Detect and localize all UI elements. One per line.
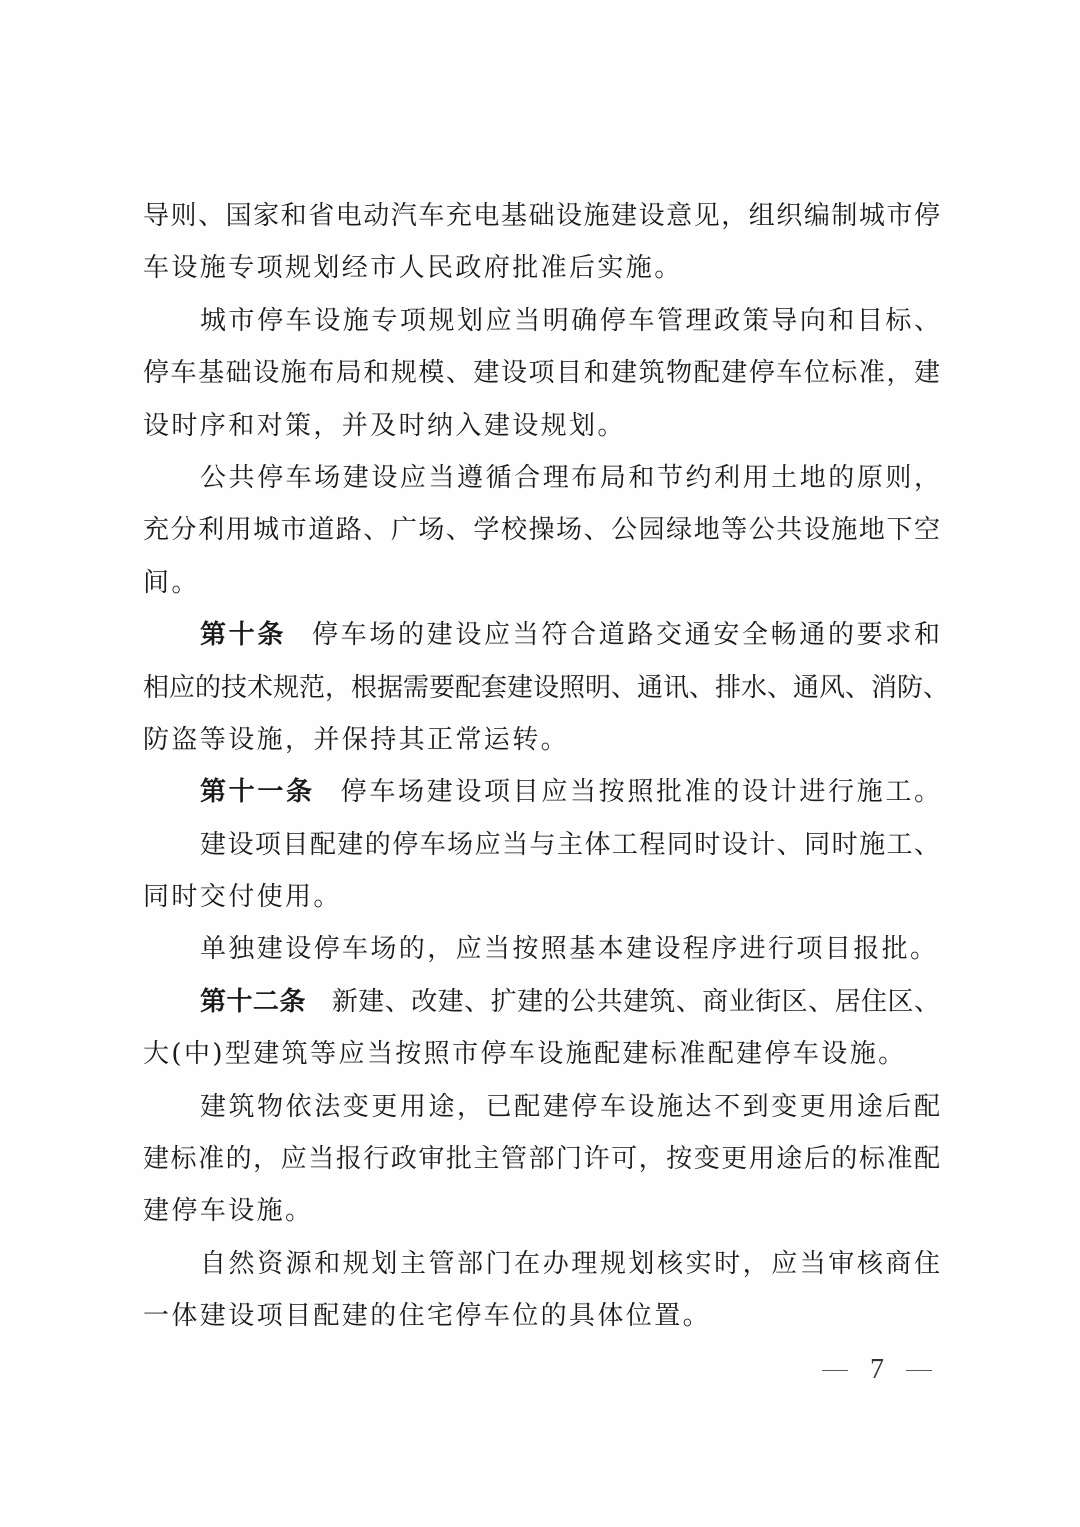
- text-line: 一体建设项目配建的住宅停车位的具体位置。: [143, 1290, 940, 1342]
- text-line: 车设施专项规划经市人民政府批准后实施。: [143, 242, 940, 294]
- article-heading: 第十一条: [200, 777, 315, 807]
- text-line: 自然资源和规划主管部门在办理规划核实时，应当审核商住: [143, 1238, 940, 1290]
- text-line: 间。: [143, 557, 940, 609]
- article-11-heading-line: 第十一条停车场建设项目应当按照批准的设计进行施工。: [143, 766, 940, 818]
- text-line: 防盗等设施，并保持其正常运转。: [143, 714, 940, 766]
- text-line: 大(中)型建筑等应当按照市停车设施配建标准配建停车设施。: [143, 1028, 940, 1080]
- article-12-heading-line: 第十二条新建、改建、扩建的公共建筑、商业街区、居住区、: [143, 976, 940, 1028]
- text-line: 建停车设施。: [143, 1185, 940, 1237]
- document-page: 导则、国家和省电动汽车充电基础设施建设意见，组织编制城市停 车设施专项规划经市人…: [0, 0, 1080, 1527]
- dash-left: [822, 1370, 848, 1371]
- article-heading: 第十条: [200, 620, 286, 650]
- text-line: 同时交付使用。: [143, 871, 940, 923]
- text-line: 公共停车场建设应当遵循合理布局和节约利用土地的原则，: [143, 452, 940, 504]
- text-line: 城市停车设施专项规划应当明确停车管理政策导向和目标、: [143, 295, 940, 347]
- text-line: 相应的技术规范，根据需要配套建设照明、通讯、排水、通风、消防、: [143, 662, 940, 714]
- page-number: 7: [822, 1352, 932, 1388]
- text-line: 建设项目配建的停车场应当与主体工程同时设计、同时施工、: [143, 819, 940, 871]
- text-line: 建筑物依法变更用途，已配建停车设施达不到变更用途后配: [143, 1081, 940, 1133]
- text-line: 充分利用城市道路、广场、学校操场、公园绿地等公共设施地下空: [143, 504, 940, 556]
- dash-right: [906, 1370, 932, 1371]
- text-line: 单独建设停车场的，应当按照基本建设程序进行项目报批。: [143, 923, 940, 975]
- text-line: 设时序和对策，并及时纳入建设规划。: [143, 400, 940, 452]
- text-line: 导则、国家和省电动汽车充电基础设施建设意见，组织编制城市停: [143, 190, 940, 242]
- page-number-value: 7: [870, 1354, 884, 1386]
- article-heading: 第十二条: [200, 987, 306, 1017]
- document-body: 导则、国家和省电动汽车充电基础设施建设意见，组织编制城市停 车设施专项规划经市人…: [143, 190, 940, 1343]
- text-line: 建标准的，应当报行政审批主管部门许可，按变更用途后的标准配: [143, 1133, 940, 1185]
- text-line: 停车基础设施布局和规模、建设项目和建筑物配建停车位标准，建: [143, 347, 940, 399]
- article-10-heading-line: 第十条停车场的建设应当符合道路交通安全畅通的要求和: [143, 609, 940, 661]
